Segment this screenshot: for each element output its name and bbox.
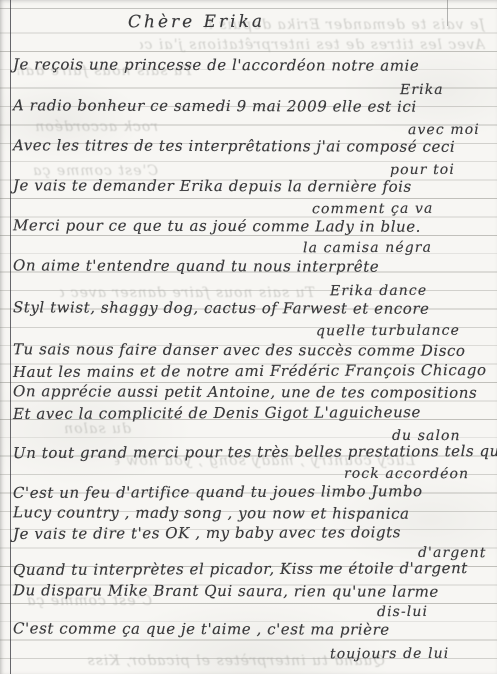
letter-line-16: Tu sais nous faire danser avec des succè… [13, 339, 466, 361]
letter-line-6: Avec les titres de tes interprêtations j… [13, 135, 455, 157]
letter-page: Je vais te demander Erika depuis la dern… [0, 0, 497, 674]
letter-line-17: Haut les mains et de notre ami Frédéric … [13, 360, 487, 382]
letter-line-28: Du disparu Mike Brant Qui saura, rien qu… [13, 580, 439, 601]
letter-line-30: C'est comme ça que je t'aime , c'est ma … [13, 618, 390, 639]
letter-line-4: A radio bonheur ce samedi 9 mai 2009 ell… [13, 95, 417, 116]
letter-line-19: Et avec la complicité de Denis Gigot L'a… [13, 402, 421, 424]
letter-line-27: Quand tu interprètes el picador, Kiss me… [13, 558, 468, 580]
letter-line-8: Je vais te demander Erika depuis la dern… [13, 175, 412, 196]
bleedthrough-margin-line [447, 0, 448, 26]
letter-line-15: quelle turbulance [316, 321, 460, 342]
letter-line-24: Lucy country , mady song , you now et hi… [13, 502, 410, 523]
letter-line-10: Merci pour ce que tu as joué comme Lady … [13, 215, 421, 236]
letter-line-21: Un tout grand merci pour tes très belles… [13, 441, 497, 463]
letter-line-18: On apprécie aussi petit Antoine, une de … [13, 381, 477, 403]
letter-line-2: Je reçois une princesse de l'accordéon n… [13, 54, 419, 75]
margin-line [10, 0, 11, 674]
letter-line-14: Styl twist, shaggy dog, cactus of Farwes… [13, 297, 430, 318]
paper-top-edge [0, 8, 497, 9]
letter-line-12: On aime t'entendre quand tu nous interpr… [13, 255, 379, 276]
letter-line-23: C'est un feu d'artifice quand tu joues l… [13, 481, 423, 503]
letter-line-31: toujours de lui [330, 644, 449, 665]
letter-line-25: Je vais te dire t'es OK , my baby avec t… [13, 522, 401, 544]
letter-line-11: la camisa négra [303, 238, 432, 259]
letter-title: Chère Erika [128, 12, 265, 33]
